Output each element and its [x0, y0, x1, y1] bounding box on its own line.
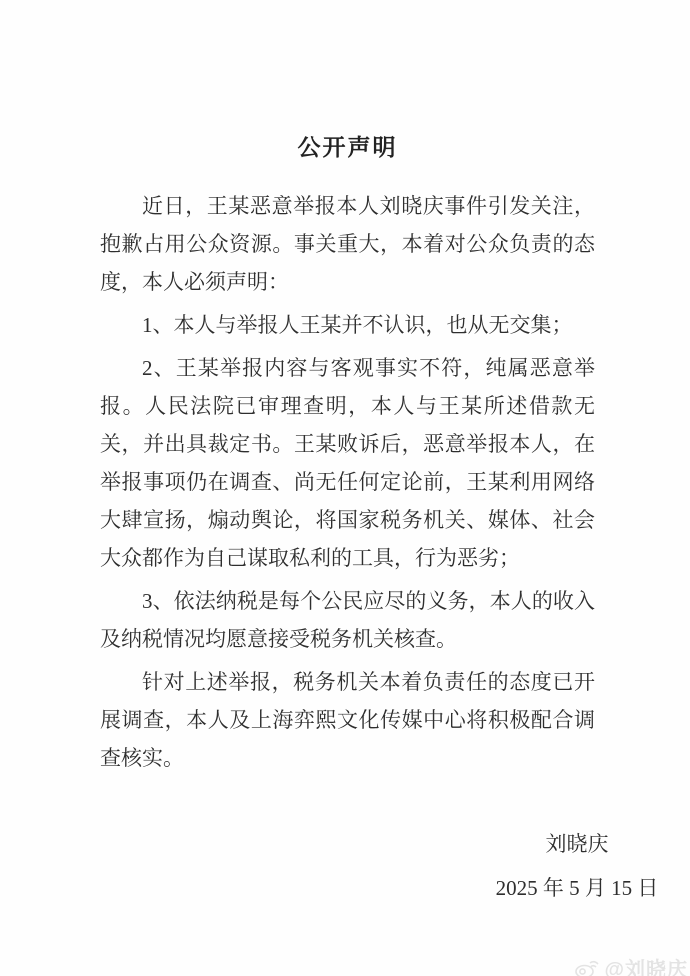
paragraph-intro: 近日，王某恶意举报本人刘晓庆事件引发关注，抱歉占用公众资源。事关重大，本着对公众…: [100, 187, 595, 301]
weibo-icon: [574, 956, 600, 976]
paragraph-closing: 针对上述举报，税务机关本着负责任的态度已开展调查，本人及上海弈熙文化传媒中心将积…: [100, 663, 595, 777]
paragraph-item-2: 2、王某举报内容与客观事实不符，纯属恶意举报。人民法院已审理查明，本人与王某所述…: [100, 349, 595, 577]
watermark: @刘晓庆: [574, 953, 688, 976]
statement-title: 公开声明: [100, 133, 595, 163]
signature-block: 刘晓庆 2025 年 5 月 15 日: [432, 825, 690, 907]
signature-date: 2025 年 5 月 15 日: [432, 869, 690, 907]
paragraph-item-1: 1、本人与举报人王某并不认识，也从无交集；: [100, 306, 595, 344]
statement-document: 公开声明 近日，王某恶意举报本人刘晓庆事件引发关注，抱歉占用公众资源。事关重大，…: [0, 0, 690, 976]
paragraph-item-3: 3、依法纳税是每个公民应尽的义务，本人的收入及纳税情况均愿意接受税务机关核查。: [100, 582, 595, 658]
watermark-text: @刘晓庆: [604, 953, 688, 976]
signature-name: 刘晓庆: [432, 825, 690, 863]
document-body: 公开声明 近日，王某恶意举报本人刘晓庆事件引发关注，抱歉占用公众资源。事关重大，…: [0, 0, 690, 907]
